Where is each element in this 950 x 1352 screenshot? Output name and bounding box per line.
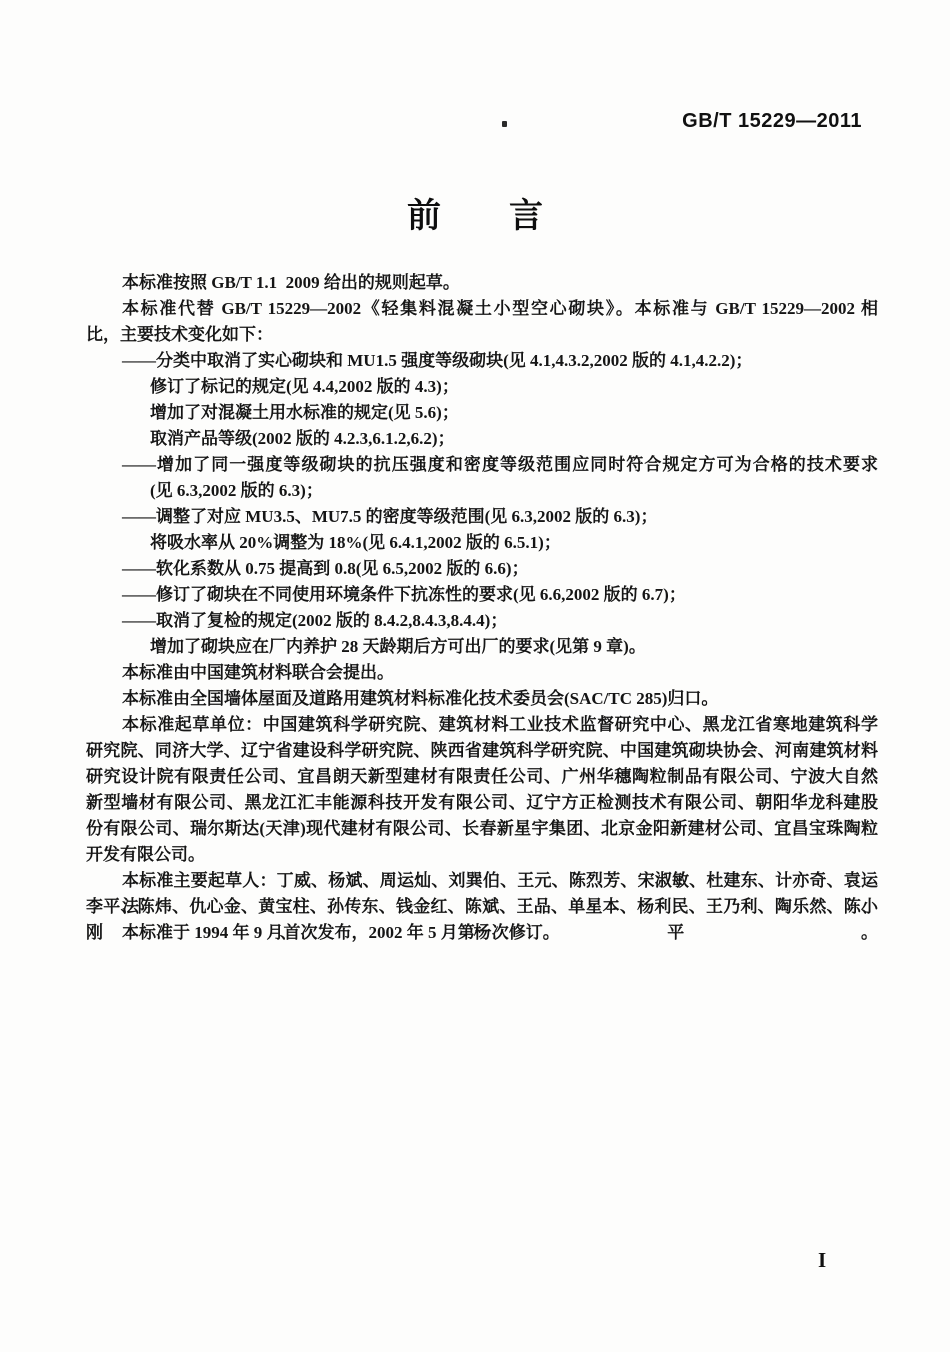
- text-line: 增加了对混凝土用水标准的规定(见 5.6)；: [86, 400, 878, 426]
- text-line: 增加了砌块应在厂内养护 28 天龄期后方可出厂的要求(见第 9 章)。: [86, 634, 878, 660]
- text-line: ——修订了砌块在不同使用环境条件下抗冻性的要求(见 6.6,2002 版的 6.…: [86, 582, 878, 608]
- text-line: ——调整了对应 MU3.5、MU7.5 的密度等级范围(见 6.3,2002 版…: [86, 504, 878, 530]
- text-line: 取消产品等级(2002 版的 4.2.3,6.1.2,6.2)；: [86, 426, 878, 452]
- text-line: 李平、陈炜、仇心金、黄宝柱、孙传东、钱金红、陈斌、王品、单星本、杨利民、王乃利、…: [86, 894, 878, 920]
- text-line: 本标准由中国建筑材料联合会提出。: [86, 660, 878, 686]
- page-number: I: [818, 1248, 826, 1273]
- text-line: ——取消了复检的规定(2002 版的 8.4.2,8.4.3,8.4.4)；: [86, 608, 878, 634]
- document-page: GB/T 15229—2011 前 言 本标准按照 GB/T 1.1 2009 …: [0, 0, 950, 1352]
- scan-artifact-dot: [502, 121, 507, 127]
- text-line: 本标准主要起草人：丁威、杨斌、周运灿、刘巽伯、王元、陈烈芳、宋淑敏、杜建东、计亦…: [86, 868, 878, 894]
- text-line: 本标准按照 GB/T 1.1 2009 给出的规则起草。: [86, 270, 878, 296]
- text-line: 修订了标记的规定(见 4.4,2002 版的 4.3)；: [86, 374, 878, 400]
- text-line: 新型墙材有限公司、黑龙江汇丰能源科技开发有限公司、辽宁方正检测技术有限公司、朝阳…: [86, 790, 878, 816]
- text-line: 比，主要技术变化如下：: [86, 322, 878, 348]
- text-line: 开发有限公司。: [86, 842, 878, 868]
- text-line: 本标准起草单位：中国建筑科学研究院、建筑材料工业技术监督研究中心、黑龙江省寒地建…: [86, 712, 878, 738]
- text-line: 研究设计院有限责任公司、宜昌朗天新型建材有限责任公司、广州华穗陶粒制品有限公司、…: [86, 764, 878, 790]
- text-line: (见 6.3,2002 版的 6.3)；: [86, 478, 878, 504]
- text-line: ——软化系数从 0.75 提高到 0.8(见 6.5,2002 版的 6.6)；: [86, 556, 878, 582]
- text-line: ——增加了同一强度等级砌块的抗压强度和密度等级范围应同时符合规定方可为合格的技术…: [86, 452, 878, 478]
- text-line: 研究院、同济大学、辽宁省建设科学研究院、陕西省建筑科学研究院、中国建筑砌块协会、…: [86, 738, 878, 764]
- foreword-body: 本标准按照 GB/T 1.1 2009 给出的规则起草。 本标准代替 GB/T …: [86, 270, 878, 946]
- text-line: 本标准由全国墙体屋面及道路用建筑材料标准化技术委员会(SAC/TC 285)归口…: [86, 686, 878, 712]
- text-line: 将吸水率从 20%调整为 18%(见 6.4.1,2002 版的 6.5.1)；: [86, 530, 878, 556]
- foreword-title: 前 言: [0, 188, 950, 237]
- text-line: 份有限公司、瑞尔斯达(天津)现代建材有限公司、长春新星宇集团、北京金阳新建材公司…: [86, 816, 878, 842]
- text-line: ——分类中取消了实心砌块和 MU1.5 强度等级砌块(见 4.1,4.3.2,2…: [86, 348, 878, 374]
- standard-code-header: GB/T 15229—2011: [682, 110, 862, 133]
- text-line: 本标准代替 GB/T 15229—2002《轻集料混凝土小型空心砌块》。本标准与…: [86, 296, 878, 322]
